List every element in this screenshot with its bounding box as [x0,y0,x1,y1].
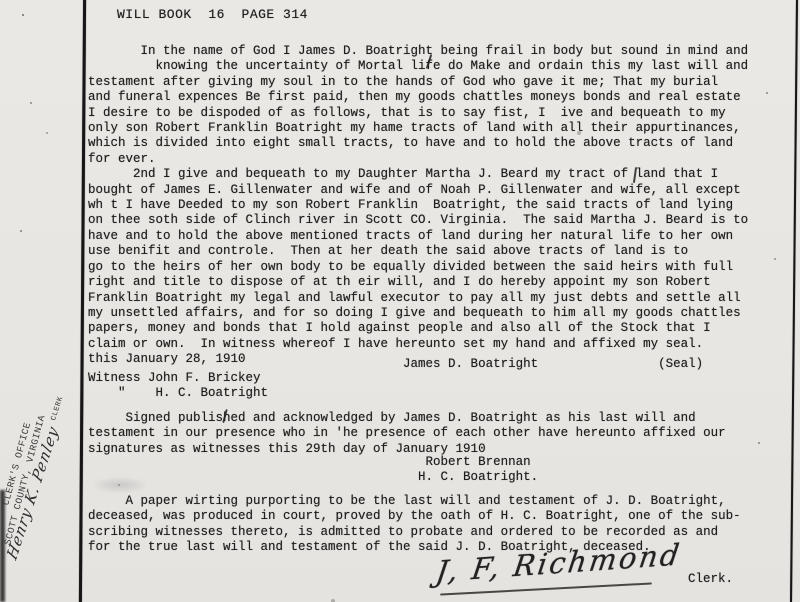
paper-speck [22,14,24,16]
margin-stamp: CLERK'S OFFICE SCOTT COUNTY, VIRGINIA He… [0,351,79,564]
attestation-paragraph: Signed published and acknowledged by Jam… [88,411,726,457]
page-header: WILL BOOK 16 PAGE 314 [117,7,308,22]
scanned-will-page: WILL BOOK 16 PAGE 314 In the name of God… [0,0,800,602]
attestation-signatures: Robert Brennan H. C. Boatright. [88,455,538,486]
clerk-label: Clerk. [688,572,733,587]
witness-list: Witness John F. Brickey " H. C. Boatrigh… [88,371,268,402]
left-page-rule [79,0,86,602]
will-body-text: In the name of God I James D. Boatright … [88,44,748,368]
right-page-rule [790,0,798,602]
